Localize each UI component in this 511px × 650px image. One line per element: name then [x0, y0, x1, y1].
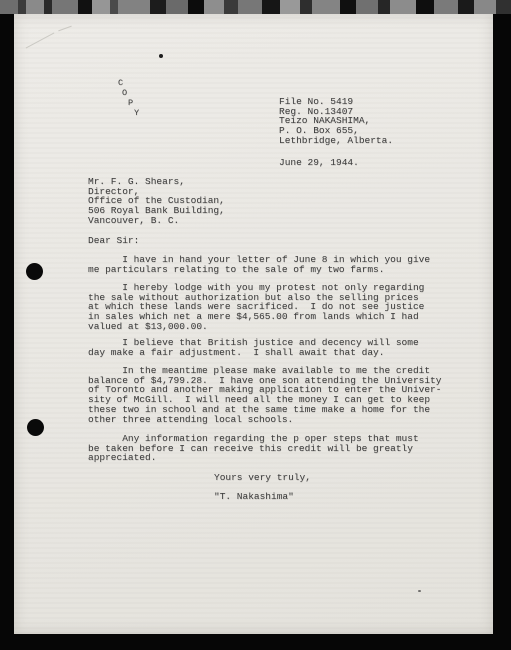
file-reference-block: File No. 5419 Reg. No.13407 Teizo NAKASH… — [279, 97, 393, 146]
scratch-mark — [26, 33, 55, 49]
paragraph: I have in hand your letter of June 8 in … — [88, 255, 430, 274]
paragraph: Any information regarding the p oper ste… — [88, 434, 419, 463]
copy-letter: P — [128, 98, 133, 108]
ink-speck — [159, 54, 163, 58]
copy-letter: C — [118, 78, 123, 88]
paragraph: In the meantime please make available to… — [88, 366, 441, 424]
letter-paper: C O P Y File No. 5419 Reg. No.13407 Teiz… — [14, 14, 493, 634]
recipient-address: Mr. F. G. Shears, Director, Office of th… — [88, 177, 225, 226]
scratch-mark — [58, 26, 71, 32]
ink-speck — [418, 590, 421, 592]
paragraph: I hereby lodge with you my protest not o… — [88, 283, 424, 332]
copy-letter: O — [122, 88, 127, 98]
paragraph: I believe that British justice and decen… — [88, 338, 419, 357]
salutation: Dear Sir: — [88, 236, 139, 246]
closing-line: Yours very truly, — [214, 473, 311, 483]
copy-letter: Y — [134, 108, 139, 118]
hole-punch — [26, 263, 43, 280]
hole-punch — [27, 419, 44, 436]
date-line: June 29, 1944. — [279, 158, 359, 168]
scanned-letter-page: C O P Y File No. 5419 Reg. No.13407 Teiz… — [0, 0, 511, 650]
microfilm-edge-strip — [0, 0, 511, 14]
signature-line: "T. Nakashima" — [214, 492, 294, 502]
